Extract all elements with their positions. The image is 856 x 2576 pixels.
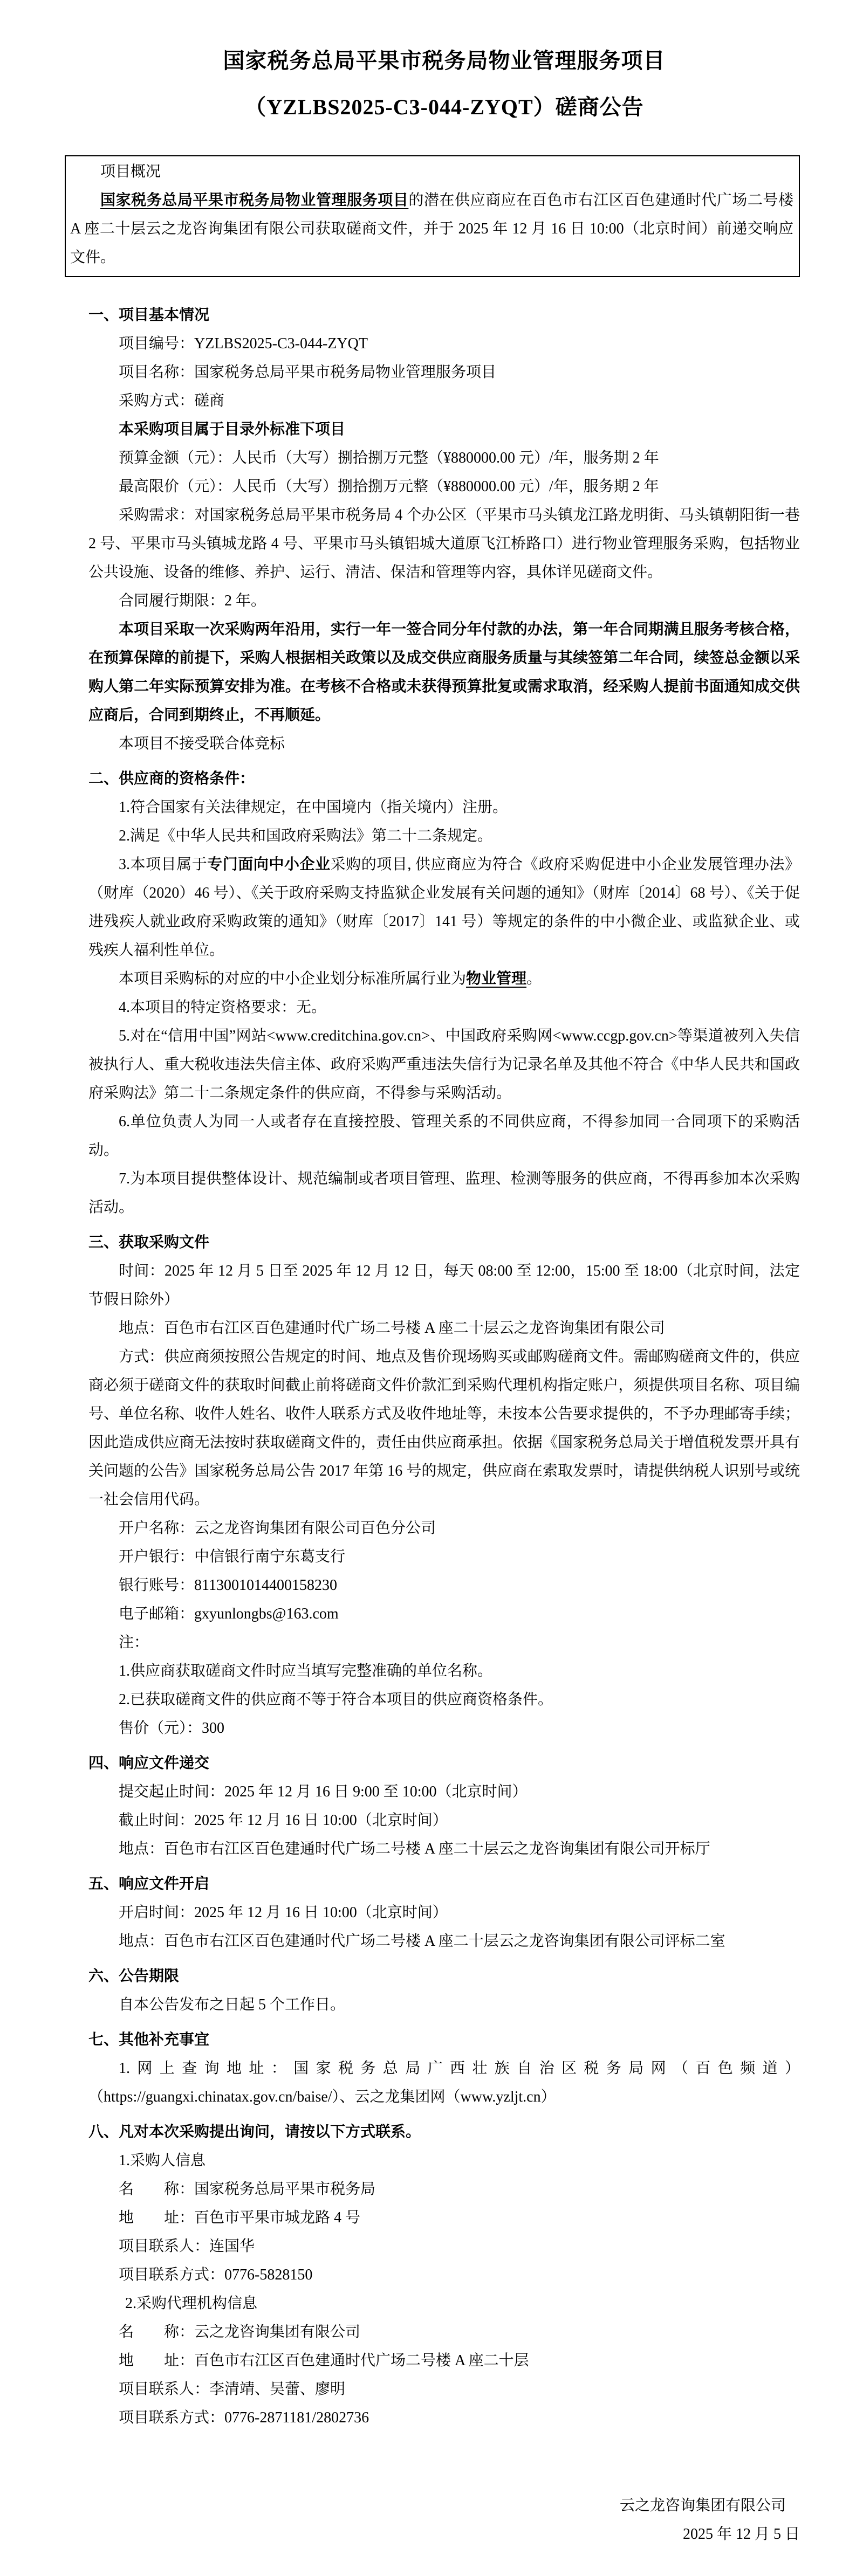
project-name-line: 项目名称：国家税务总局平果市税务局物业管理服务项目 bbox=[88, 358, 800, 387]
section-3-heading: 三、获取采购文件 bbox=[88, 1228, 800, 1257]
opening-place-line: 地点：百色市右江区百色建通时代广场二号楼 A 座二十层云之龙咨询集团有限公司评标… bbox=[88, 1927, 800, 1955]
overview-heading: 项目概况 bbox=[70, 157, 793, 186]
qualification-item-4: 4.本项目的特定资格要求：无。 bbox=[88, 993, 800, 1022]
document-method-paragraph: 方式：供应商须按照公告规定的时间、地点及售价现场购买或邮购磋商文件。需邮购磋商文… bbox=[88, 1342, 800, 1514]
agency-address-line: 地 址：百色市右江区百色建通时代广场二号楼 A 座二十层 bbox=[88, 2346, 800, 2375]
procurement-method-line: 采购方式：磋商 bbox=[88, 387, 800, 415]
title-line-1: 国家税务总局平果市税务局物业管理服务项目 bbox=[88, 38, 800, 84]
no-consortium-line: 本项目不接受联合体竞标 bbox=[88, 729, 800, 758]
section-5-heading: 五、响应文件开启 bbox=[88, 1870, 800, 1898]
two-year-renewal-paragraph: 本项目采取一次采购两年沿用，实行一年一签合同分年付款的办法，第一年合同期满且服务… bbox=[88, 615, 800, 729]
account-bank-line: 开户银行：中信银行南宁东葛支行 bbox=[88, 1542, 800, 1571]
overview-paragraph: 国家税务总局平果市税务局物业管理服务项目的潜在供应商应在百色市右江区百色建通时代… bbox=[70, 186, 793, 272]
document-body: 一、项目基本情况项目编号：YZLBS2025-C3-044-ZYQT项目名称：国… bbox=[88, 301, 800, 2549]
purchaser-phone-line: 项目联系方式：0776-5828150 bbox=[88, 2261, 800, 2289]
qualification-item-1: 1.符合国家有关法律规定，在中国境内（指关境内）注册。 bbox=[88, 793, 800, 822]
section-1-heading: 一、项目基本情况 bbox=[88, 301, 800, 329]
agency-name-line: 名 称：云之龙咨询集团有限公司 bbox=[88, 2318, 800, 2346]
section-7-heading: 七、其他补充事宜 bbox=[88, 2026, 800, 2054]
purchaser-name-line: 名 称：国家税务总局平果市税务局 bbox=[88, 2175, 800, 2203]
price-line: 售价（元）：300 bbox=[88, 1714, 800, 1742]
note-item-2: 2.已获取磋商文件的供应商不等于符合本项目的供应商资格条件。 bbox=[88, 1685, 800, 1714]
qualification-item-3: 3.本项目属于专门面向中小企业采购的项目, 供应商应为符合《政府采购促进中小企业… bbox=[88, 850, 800, 965]
opening-time-line: 开启时间：2025 年 12 月 16 日 10:00（北京时间） bbox=[88, 1898, 800, 1927]
qualification-item-7: 7.为本项目提供整体设计、规范编制或者项目管理、监理、检测等服务的供应商，不得再… bbox=[88, 1165, 800, 1222]
email-line: 电子邮箱：gxyunlongbs@163.com bbox=[88, 1600, 800, 1628]
note-item-1: 1.供应商获取磋商文件时应当填写完整准确的单位名称。 bbox=[88, 1657, 800, 1685]
budget-line: 预算金额（元）：人民币（大写）捌拾捌万元整（¥880000.00 元）/年，服务… bbox=[88, 444, 800, 472]
section-6-heading: 六、公告期限 bbox=[88, 1962, 800, 1990]
signature-date-line: 2025 年 12 月 5 日 bbox=[88, 2520, 800, 2549]
section-4-heading: 四、响应文件递交 bbox=[88, 1749, 800, 1778]
project-number-line: 项目编号：YZLBS2025-C3-044-ZYQT bbox=[88, 329, 800, 358]
overview-heading-text: 项目概况 bbox=[100, 163, 161, 180]
purchaser-address-line: 地 址：百色市平果市城龙路 4 号 bbox=[88, 2203, 800, 2232]
document-time-line: 时间：2025 年 12 月 5 日至 2025 年 12 月 12 日，每天 … bbox=[88, 1257, 800, 1314]
section-8-heading: 八、凡对本次采购提出询问，请按以下方式联系。 bbox=[88, 2118, 800, 2146]
account-name-line: 开户名称：云之龙咨询集团有限公司百色分公司 bbox=[88, 1514, 800, 1542]
document-title: 国家税务总局平果市税务局物业管理服务项目 （YZLBS2025-C3-044-Z… bbox=[88, 38, 800, 130]
section-2-heading: 二、供应商的资格条件： bbox=[88, 764, 800, 793]
note-label-line: 注： bbox=[88, 1628, 800, 1657]
qualification-item-5: 5.对在“信用中国”网站<www.creditchina.gov.cn>、中国政… bbox=[88, 1022, 800, 1107]
announcement-period-line: 自本公告发布之日起 5 个工作日。 bbox=[88, 1990, 800, 2019]
agency-phone-line: 项目联系方式：0776-2871181/2802736 bbox=[88, 2403, 800, 2432]
announcement-document-page: 国家税务总局平果市税务局物业管理服务项目 （YZLBS2025-C3-044-Z… bbox=[0, 0, 856, 2576]
qualification-item-6: 6.单位负责人为同一人或者存在直接控股、管理关系的不同供应商，不得参加同一合同项… bbox=[88, 1107, 800, 1165]
project-overview-box: 项目概况 国家税务总局平果市税务局物业管理服务项目的潜在供应商应在百色市右江区百… bbox=[65, 155, 800, 277]
qualification-item-2: 2.满足《中华人民共和国政府采购法》第二十二条规定。 bbox=[88, 822, 800, 850]
overview-project-name: 国家税务总局平果市税务局物业管理服务项目 bbox=[100, 192, 408, 209]
catalog-note-line: 本采购项目属于目录外标准下项目 bbox=[88, 415, 800, 444]
contract-term-line: 合同履行期限：2 年。 bbox=[88, 587, 800, 615]
agency-contact-line: 项目联系人：李清靖、吴蕾、廖明 bbox=[88, 2375, 800, 2403]
purchaser-info-label: 1.采购人信息 bbox=[88, 2146, 800, 2175]
signature-org-line: 云之龙咨询集团有限公司 bbox=[88, 2491, 800, 2520]
agency-info-label: 2.采购代理机构信息 bbox=[88, 2289, 800, 2318]
account-number-line: 银行账号：8113001014400158230 bbox=[88, 1571, 800, 1600]
price-cap-line: 最高限价（元）：人民币（大写）捌拾捌万元整（¥880000.00 元）/年，服务… bbox=[88, 472, 800, 501]
title-line-2: （YZLBS2025-C3-044-ZYQT）磋商公告 bbox=[88, 84, 800, 130]
submission-place-line: 地点：百色市右江区百色建通时代广场二号楼 A 座二十层云之龙咨询集团有限公司开标… bbox=[88, 1835, 800, 1863]
online-query-paragraph: 1.网上查询地址：国家税务总局广西壮族自治区税务局网（百色频道）（https:/… bbox=[88, 2054, 800, 2111]
industry-classification-line: 本项目采购标的对应的中小企业划分标准所属行业为物业管理。 bbox=[88, 965, 800, 993]
submission-window-line: 提交起止时间：2025 年 12 月 16 日 9:00 至 10:00（北京时… bbox=[88, 1778, 800, 1806]
purchaser-contact-line: 项目联系人：连国华 bbox=[88, 2232, 800, 2261]
document-place-line: 地点：百色市右江区百色建通时代广场二号楼 A 座二十层云之龙咨询集团有限公司 bbox=[88, 1314, 800, 1342]
procurement-demand-paragraph: 采购需求：对国家税务总局平果市税务局 4 个办公区（平果市马头镇龙江路龙明街、马… bbox=[88, 501, 800, 587]
submission-deadline-line: 截止时间：2025 年 12 月 16 日 10:00（北京时间） bbox=[88, 1806, 800, 1835]
